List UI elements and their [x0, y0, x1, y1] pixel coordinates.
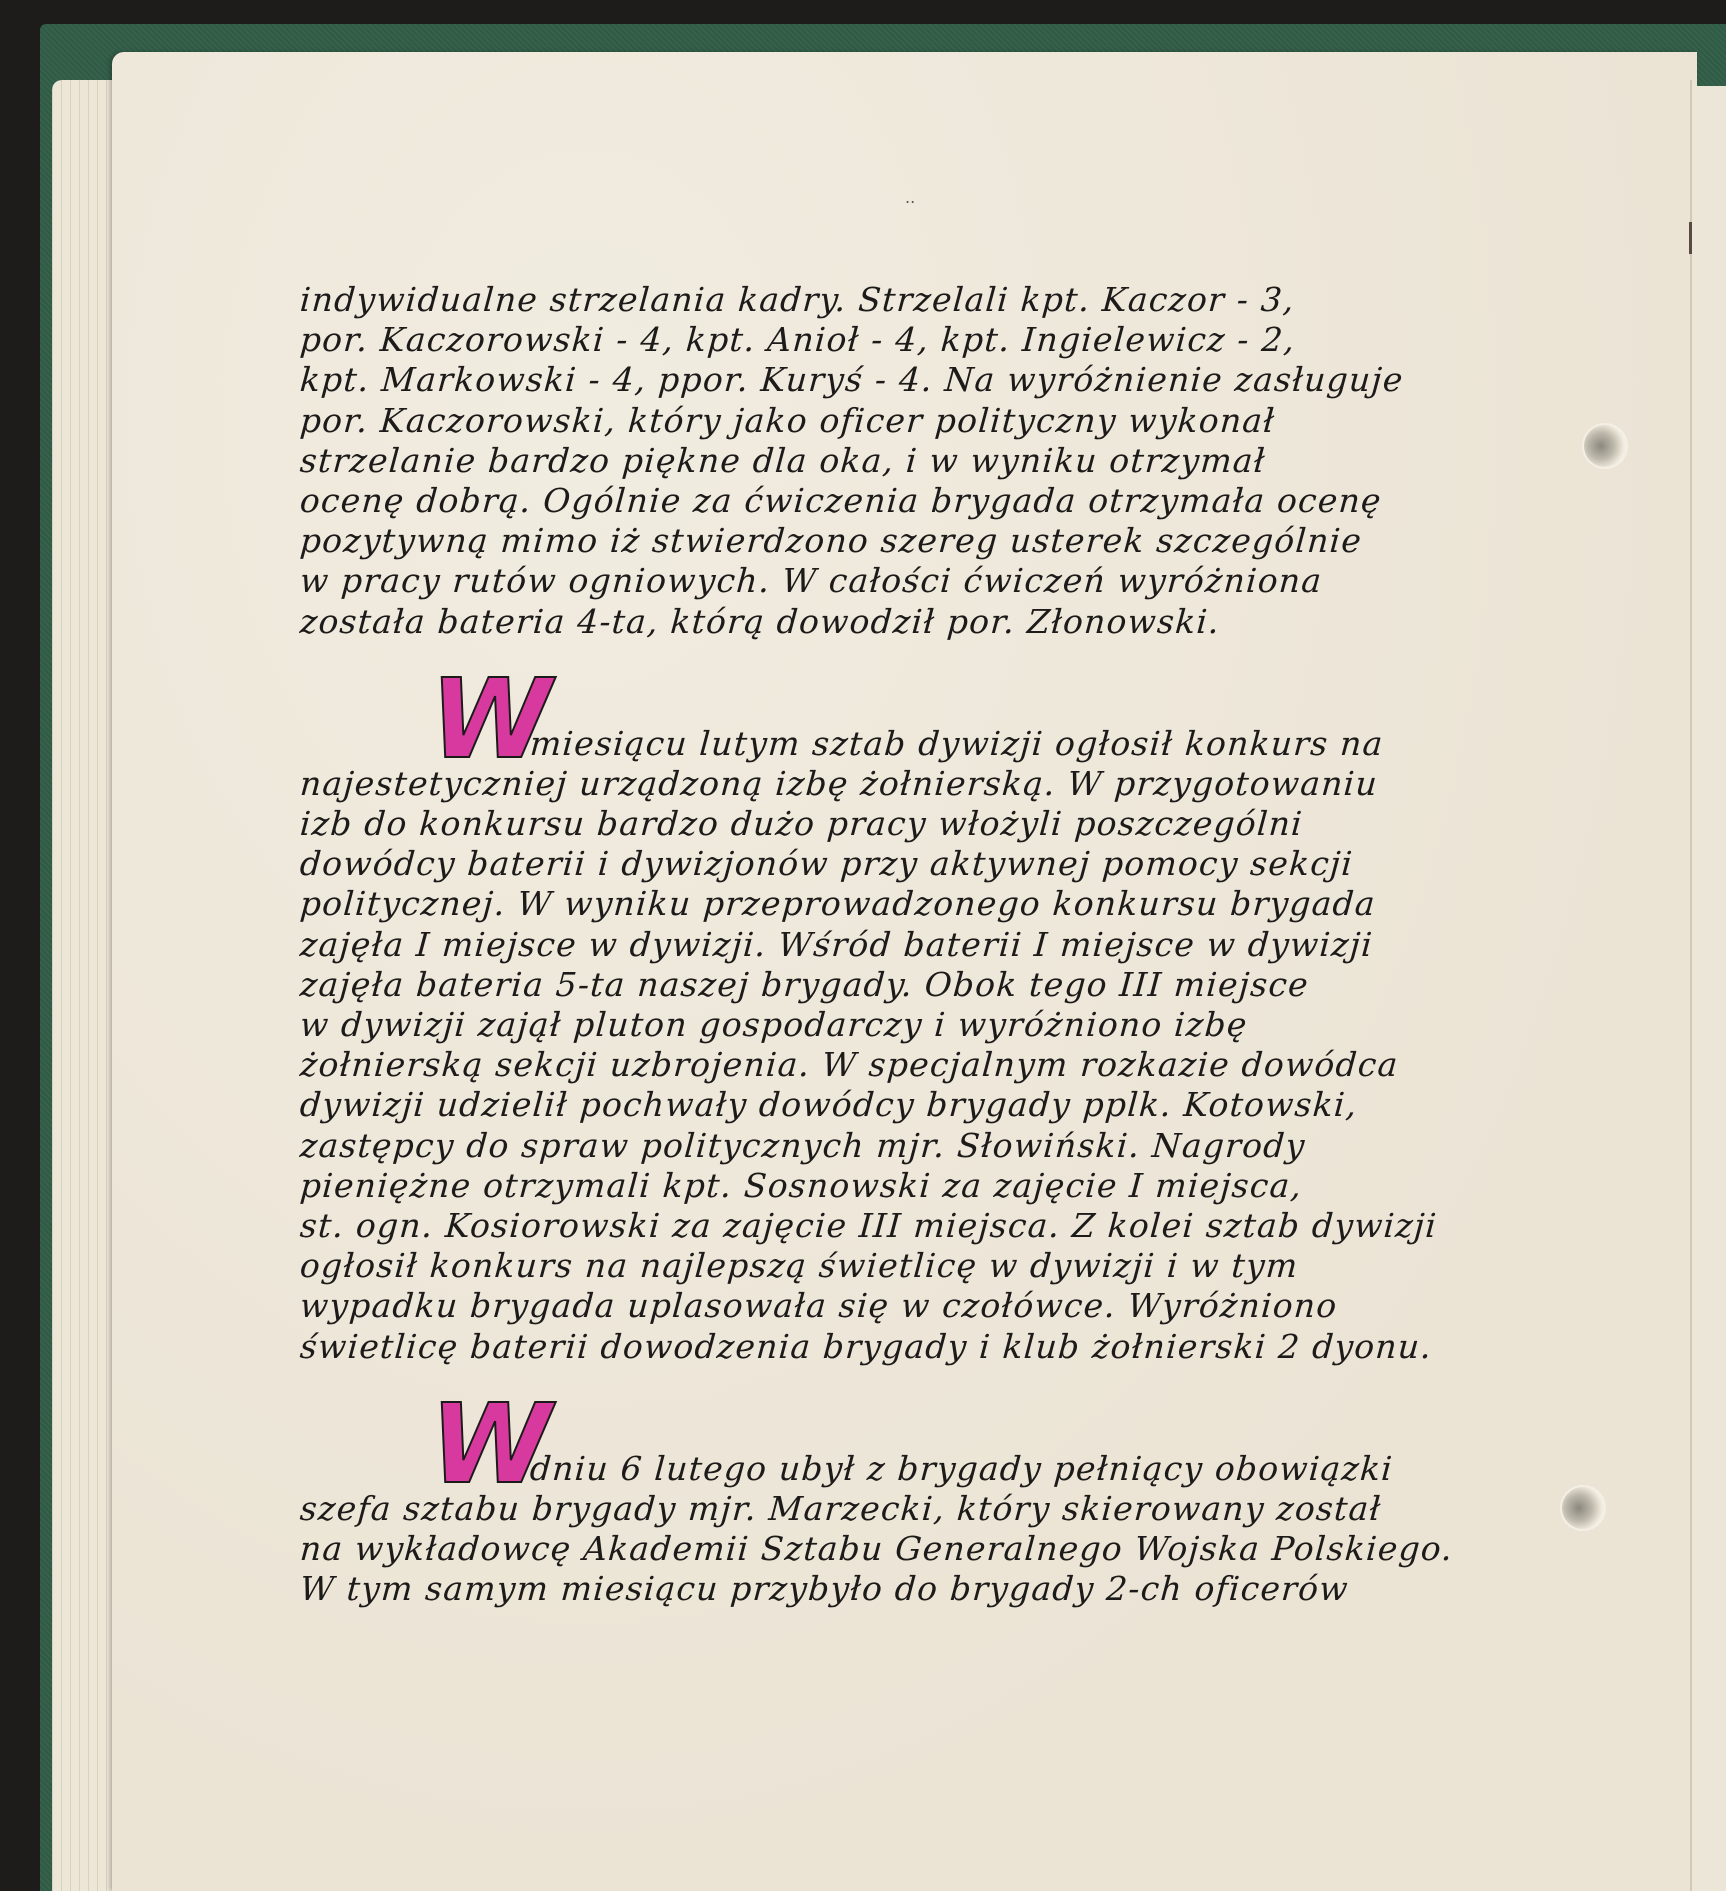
- text-line: wypadku brygada uplasowała się w czołówc…: [299, 1286, 1502, 1326]
- punch-hole-bottom: [1560, 1485, 1606, 1531]
- paragraph-1: indywidualne strzelania kadry. Strzelali…: [300, 280, 1500, 642]
- text-line: kpt. Markowski - 4, ppor. Kuryś - 4. Na …: [299, 360, 1502, 400]
- text-line: st. ogn. Kosiorowski za zajęcie III miej…: [299, 1206, 1502, 1246]
- text-line: w pracy rutów ogniowych. W całości ćwicz…: [299, 561, 1502, 601]
- text-line: w dywizji zajął pluton gospodarczy i wyr…: [299, 1005, 1502, 1045]
- text-line: W tym samym miesiącu przybyło do brygady…: [299, 1569, 1502, 1609]
- text-line: indywidualne strzelania kadry. Strzelali…: [299, 280, 1502, 320]
- text-line: świetlicę baterii dowodzenia brygady i k…: [299, 1327, 1502, 1367]
- top-mark: ..: [905, 188, 915, 207]
- text-line: politycznej. W wyniku przeprowadzonego k…: [299, 884, 1502, 924]
- facing-page-edge: [1692, 86, 1726, 1891]
- text-line: zastępcy do spraw politycznych mjr. Słow…: [299, 1126, 1502, 1166]
- text-line: pieniężne otrzymali kpt. Sosnowski za za…: [299, 1166, 1502, 1206]
- text-line: została bateria 4-ta, którą dowodził por…: [299, 602, 1502, 642]
- paragraph-2: W miesiącu lutym sztab dywizji ogłosił k…: [300, 724, 1500, 1367]
- punch-hole-top: [1582, 423, 1628, 469]
- text-line: na wykładowcę Akademii Sztabu Generalneg…: [299, 1529, 1502, 1569]
- text-line: żołnierską sekcji uzbrojenia. W specjaln…: [299, 1045, 1502, 1085]
- text-line: dowódcy baterii i dywizjonów przy aktywn…: [299, 844, 1502, 884]
- text-line: ogłosił konkurs na najlepszą świetlicę w…: [299, 1246, 1502, 1286]
- text-line: szefa sztabu brygady mjr. Marzecki, któr…: [299, 1489, 1502, 1529]
- text-line: strzelanie bardzo piękne dla oka, i w wy…: [299, 441, 1502, 481]
- text-line: dniu 6 lutego ubył z brygady pełniący ob…: [299, 1449, 1502, 1489]
- paragraph-3: W dniu 6 lutego ubył z brygady pełniący …: [300, 1449, 1500, 1610]
- text-line: najestetyczniej urządzoną izbę żołniersk…: [299, 764, 1502, 804]
- text-line: pozytywną mimo iż stwierdzono szereg ust…: [299, 521, 1502, 561]
- text-line: izb do konkursu bardzo dużo pracy włożyl…: [299, 804, 1502, 844]
- margin-mark: [1689, 222, 1692, 254]
- text-line: ocenę dobrą. Ogólnie za ćwiczenia brygad…: [299, 481, 1502, 521]
- text-line: dywizji udzielił pochwały dowódcy brygad…: [299, 1085, 1502, 1125]
- text-line: miesiącu lutym sztab dywizji ogłosił kon…: [299, 724, 1502, 764]
- text-line: zajęła I miejsce w dywizji. Wśród bateri…: [299, 925, 1502, 965]
- handwritten-text: indywidualne strzelania kadry. Strzelali…: [300, 280, 1500, 1609]
- text-line: por. Kaczorowski - 4, kpt. Anioł - 4, kp…: [299, 320, 1502, 360]
- text-line: por. Kaczorowski, który jako oficer poli…: [299, 401, 1502, 441]
- text-line: zajęła bateria 5-ta naszej brygady. Obok…: [299, 965, 1502, 1005]
